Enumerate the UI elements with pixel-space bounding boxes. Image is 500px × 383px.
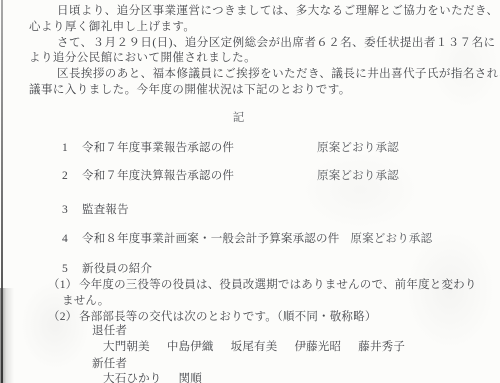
- retired-officer-name: 大門朝美: [103, 341, 150, 353]
- intro-line-5: 区長挨拶のあと、福本修議員にご挨拶をいただき、議長に井出喜代子氏が指名され、: [29, 67, 497, 83]
- agenda-item-number: 3: [62, 204, 82, 216]
- intro-line-3: さて、３月２９日(日)、追分区定例総会が出席者６２名、委任状提出者１３７名に: [29, 36, 497, 52]
- agenda-item-title: 新役員の紹介: [82, 263, 152, 275]
- intro-line-1: 日頃より、追分区事業運営につきましては、多大なるご理解とご協力をいただき、: [29, 4, 497, 20]
- agenda-item-5: 5新役員の紹介: [62, 260, 500, 276]
- agenda-item-2: 2令和７年度決算報告承認の件 原案どおり承認: [62, 167, 500, 183]
- subsection-2-label: （2）: [48, 308, 79, 324]
- retired-officers-label: 退任者: [92, 322, 127, 338]
- agenda-item-result: 原案どおり承認: [350, 233, 432, 245]
- subsection-1-label: （1）: [48, 276, 79, 292]
- intro-line-4: より追分公民館において開催されました。: [29, 51, 497, 67]
- new-officers-label: 新任者: [92, 355, 127, 371]
- scan-smudge: [300, 150, 420, 230]
- agenda-item-result: 原案どおり承認: [317, 167, 399, 183]
- agenda-item-title: 令和７年度事業報告承認の件: [82, 142, 234, 154]
- subsection-1-text: 今年度の三役等の役員は、役員改選期ではありませんので、前年度と変わり: [79, 279, 477, 291]
- retired-officer-name: 伊藤光昭: [294, 341, 341, 353]
- agenda-item-1: 1令和７年度事業報告承認の件 原案どおり承認: [62, 139, 500, 155]
- agenda-item-number: 4: [62, 233, 82, 245]
- new-officers-names: 大石ひかり関順: [103, 370, 202, 383]
- agenda-item-number: 5: [62, 263, 82, 275]
- agenda-item-3: 3監査報告: [62, 201, 500, 217]
- agenda-item-number: 2: [62, 170, 82, 182]
- scan-corner-shadow: [0, 288, 14, 383]
- agenda-item-title: 令和８年度事業計画案・一般会計予算案承認の件: [82, 233, 339, 245]
- subsection-1-continuation: ません。: [62, 292, 110, 308]
- retired-officer-name: 藤井秀子: [358, 341, 405, 353]
- agenda-item-title: 令和７年度決算報告承認の件: [82, 170, 234, 182]
- agenda-item-number: 1: [62, 142, 82, 154]
- new-officer-name: 大石ひかり: [103, 373, 162, 383]
- scanned-document-page: 日頃より、追分区事業運営につきましては、多大なるご理解とご協力をいただき、 心よ…: [0, 0, 500, 383]
- agenda-item-title: 監査報告: [82, 204, 129, 216]
- retired-officer-name: 坂尾有美: [231, 341, 278, 353]
- new-officer-name: 関順: [179, 373, 202, 383]
- subsection-1: （1）今年度の三役等の役員は、役員改選期ではありませんので、前年度と変わり: [48, 276, 477, 292]
- intro-line-6: 議事に入りました。今年度の開催状況は下記のとおりです。: [29, 83, 497, 99]
- intro-line-2: 心より厚く御礼申し上げます。: [29, 20, 497, 36]
- retired-officers-names: 大門朝美中島伊織坂尾有美伊藤光昭藤井秀子: [103, 338, 405, 354]
- agenda-item-result: 原案どおり承認: [317, 139, 399, 155]
- agenda-item-4: 4令和８年度事業計画案・一般会計予算案承認の件原案どおり承認: [62, 230, 500, 246]
- record-marker: 記: [0, 109, 478, 125]
- retired-officer-name: 中島伊織: [167, 341, 214, 353]
- intro-paragraphs: 日頃より、追分区事業運営につきましては、多大なるご理解とご協力をいただき、 心よ…: [29, 4, 497, 99]
